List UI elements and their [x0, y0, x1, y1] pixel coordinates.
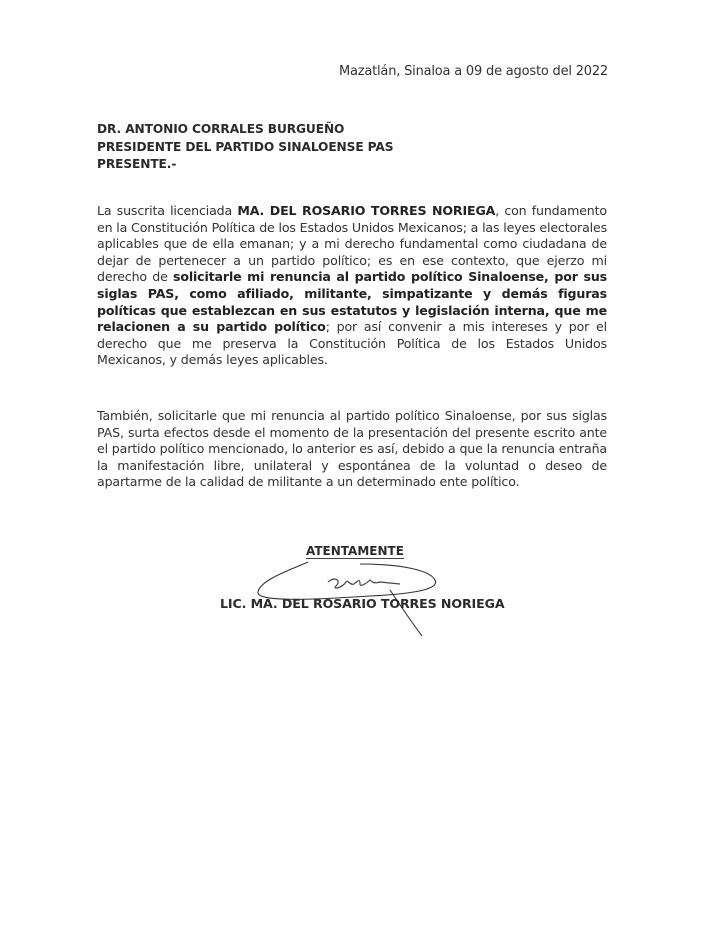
letter-page: Mazatlán, Sinaloa a 09 de agosto del 202…	[0, 0, 720, 936]
paragraph-effect: También, solicitarle que mi renuncia al …	[97, 408, 607, 491]
signer-name: LIC. MA. DEL ROSARIO TORRES NORIEGA	[220, 596, 505, 611]
salutation: PRESENTE.-	[97, 156, 393, 174]
signature-icon	[250, 550, 450, 640]
paragraph-resignation: La suscrita licenciada MA. DEL ROSARIO T…	[97, 203, 607, 369]
p1-name-bold: MA. DEL ROSARIO TORRES NORIEGA	[237, 203, 495, 218]
p1-text-1: La suscrita licenciada	[97, 203, 237, 218]
addressee-block: DR. ANTONIO CORRALES BURGUEÑO PRESIDENTE…	[97, 121, 393, 174]
date-line: Mazatlán, Sinaloa a 09 de agosto del 202…	[339, 64, 608, 79]
addressee-title: PRESIDENTE DEL PARTIDO SINALOENSE PAS	[97, 139, 393, 157]
addressee-name: DR. ANTONIO CORRALES BURGUEÑO	[97, 121, 393, 139]
closing-text: ATENTAMENTE	[306, 544, 404, 559]
